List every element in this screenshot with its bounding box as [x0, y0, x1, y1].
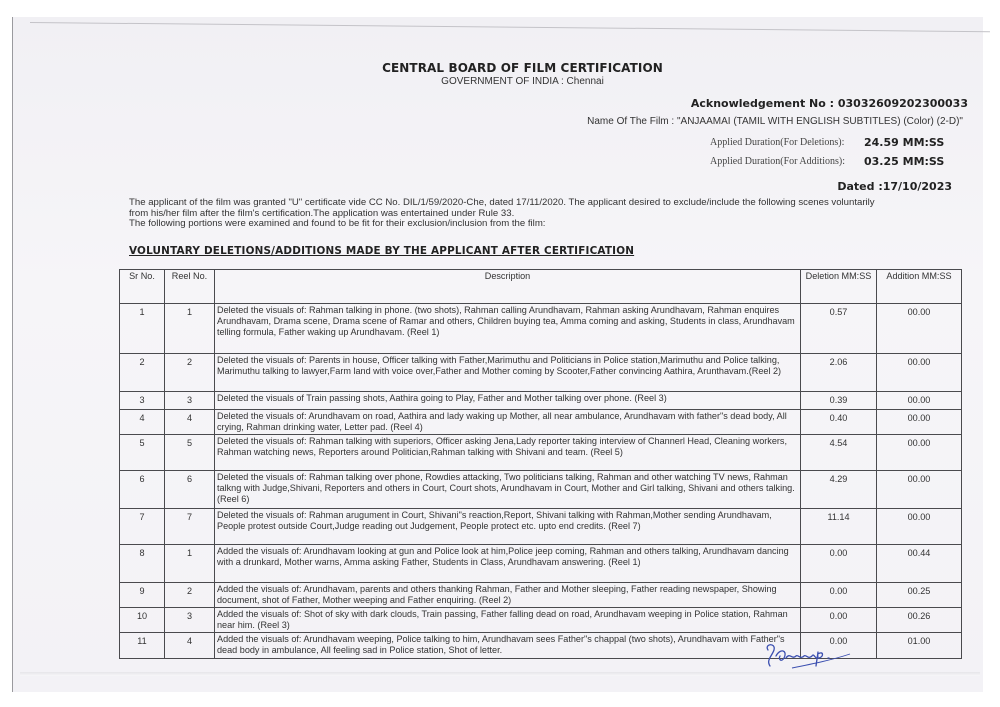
- board-subtitle: GOVERNMENT OF INDIA : Chennai: [0, 76, 1000, 87]
- reel-cell: 1: [165, 304, 215, 354]
- addition-cell: 00.00: [877, 509, 962, 545]
- addition-cell: 00.00: [877, 435, 962, 471]
- additions-duration-value: 03.25 MM:SS: [864, 155, 944, 168]
- deletion-cell: 4.29: [801, 471, 877, 509]
- addition-cell: 00.44: [877, 545, 962, 583]
- intro-line-1: The applicant of the film was granted "U…: [129, 198, 949, 209]
- deletion-cell: 4.54: [801, 435, 877, 471]
- description-cell: Deleted the visuals of: Rahman arugument…: [215, 509, 801, 545]
- addition-cell: 00.00: [877, 471, 962, 509]
- acknowledgement-number: Acknowledgement No : 03032609202300033: [691, 97, 968, 110]
- addition-cell: 00.00: [877, 354, 962, 392]
- description-cell: Added the visuals of: Arundhavam weeping…: [215, 633, 801, 659]
- section-heading: VOLUNTARY DELETIONS/ADDITIONS MADE BY TH…: [129, 245, 634, 257]
- description-cell: Added the visuals of: Shot of sky with d…: [215, 608, 801, 633]
- addition-cell: 00.00: [877, 410, 962, 435]
- sr-cell: 1: [120, 304, 165, 354]
- column-header-addition: Addition MM:SS: [877, 270, 962, 304]
- deletion-cell: 11.14: [801, 509, 877, 545]
- column-header-deletion: Deletion MM:SS: [801, 270, 877, 304]
- sr-cell: 5: [120, 435, 165, 471]
- sr-cell: 9: [120, 583, 165, 608]
- reel-cell: 1: [165, 545, 215, 583]
- table-row: 11Deleted the visuals of: Rahman talking…: [120, 304, 962, 354]
- deletion-cell: 0.00: [801, 608, 877, 633]
- deletions-additions-table: Sr No. Reel No. Description Deletion MM:…: [119, 269, 962, 659]
- column-header-description: Description: [215, 270, 801, 304]
- table-row: 103Added the visuals of: Shot of sky wit…: [120, 608, 962, 633]
- table-row: 66Deleted the visuals of: Rahman talking…: [120, 471, 962, 509]
- intro-line-3: The following portions were examined and…: [129, 219, 949, 230]
- addition-cell: 00.00: [877, 392, 962, 410]
- description-cell: Added the visuals of: Arundhavam looking…: [215, 545, 801, 583]
- table-row: 22Deleted the visuals of: Parents in hou…: [120, 354, 962, 392]
- addition-cell: 00.26: [877, 608, 962, 633]
- sr-cell: 8: [120, 545, 165, 583]
- sr-cell: 11: [120, 633, 165, 659]
- reel-cell: 3: [165, 608, 215, 633]
- reel-cell: 6: [165, 471, 215, 509]
- film-name: Name Of The Film : "ANJAAMAI (TAMIL WITH…: [587, 116, 963, 127]
- table-row: 33Deleted the visuals of Train passing s…: [120, 392, 962, 410]
- column-header-sr: Sr No.: [120, 270, 165, 304]
- addition-cell: 00.00: [877, 304, 962, 354]
- reel-cell: 5: [165, 435, 215, 471]
- description-cell: Added the visuals of: Arundhavam, parent…: [215, 583, 801, 608]
- intro-paragraph: The applicant of the film was granted "U…: [129, 198, 949, 230]
- additions-duration-label: Applied Duration(For Additions):: [710, 156, 845, 167]
- table-row: 92Added the visuals of: Arundhavam, pare…: [120, 583, 962, 608]
- deletion-cell: 0.57: [801, 304, 877, 354]
- reel-cell: 7: [165, 509, 215, 545]
- deletion-cell: 0.40: [801, 410, 877, 435]
- deletions-duration-label: Applied Duration(For Deletions):: [710, 137, 844, 148]
- column-header-reel: Reel No.: [165, 270, 215, 304]
- table-row: 55Deleted the visuals of: Rahman talking…: [120, 435, 962, 471]
- sr-cell: 4: [120, 410, 165, 435]
- deletion-cell: 0.39: [801, 392, 877, 410]
- sr-cell: 2: [120, 354, 165, 392]
- reel-cell: 4: [165, 410, 215, 435]
- sr-cell: 3: [120, 392, 165, 410]
- deletion-cell: 0.00: [801, 633, 877, 659]
- addition-cell: 01.00: [877, 633, 962, 659]
- description-cell: Deleted the visuals of: Rahman talking o…: [215, 471, 801, 509]
- description-cell: Deleted the visuals of: Rahman talking i…: [215, 304, 801, 354]
- table-row: 44Deleted the visuals of: Arundhavam on …: [120, 410, 962, 435]
- deletion-cell: 0.00: [801, 545, 877, 583]
- table-row: 114Added the visuals of: Arundhavam weep…: [120, 633, 962, 659]
- description-cell: Deleted the visuals of: Rahman talking w…: [215, 435, 801, 471]
- reel-cell: 4: [165, 633, 215, 659]
- description-cell: Deleted the visuals of: Parents in house…: [215, 354, 801, 392]
- deletions-duration-value: 24.59 MM:SS: [864, 136, 944, 149]
- sr-cell: 7: [120, 509, 165, 545]
- sr-cell: 6: [120, 471, 165, 509]
- sr-cell: 10: [120, 608, 165, 633]
- table-header-row: Sr No. Reel No. Description Deletion MM:…: [120, 270, 962, 304]
- addition-cell: 00.25: [877, 583, 962, 608]
- dated: Dated :17/10/2023: [837, 180, 952, 193]
- deletion-cell: 2.06: [801, 354, 877, 392]
- reel-cell: 2: [165, 583, 215, 608]
- table-row: 77Deleted the visuals of: Rahman arugume…: [120, 509, 962, 545]
- table-row: 81Added the visuals of: Arundhavam looki…: [120, 545, 962, 583]
- reel-cell: 2: [165, 354, 215, 392]
- page-bottom-edge: [20, 672, 980, 676]
- deletion-cell: 0.00: [801, 583, 877, 608]
- description-cell: Deleted the visuals of: Arundhavam on ro…: [215, 410, 801, 435]
- description-cell: Deleted the visuals of Train passing sho…: [215, 392, 801, 410]
- board-title: CENTRAL BOARD OF FILM CERTIFICATION: [0, 61, 1000, 75]
- reel-cell: 3: [165, 392, 215, 410]
